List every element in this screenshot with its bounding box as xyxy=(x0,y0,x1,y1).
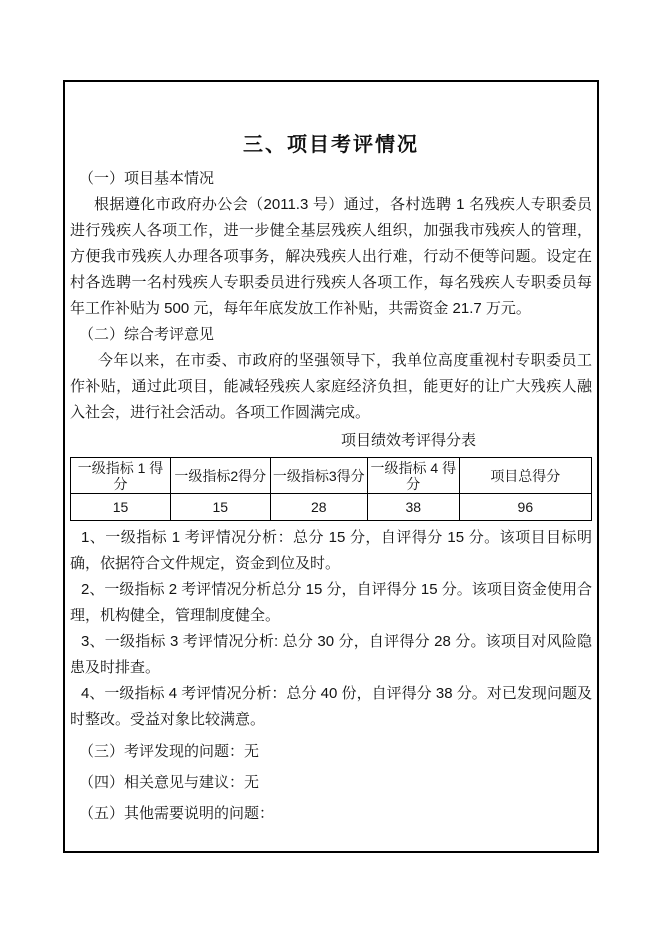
document-page: 三、项目考评情况 （一）项目基本情况 根据遵化市政府办公会（2011.3 号）通… xyxy=(0,0,662,936)
score-table-header-cell: 一级指标3得分 xyxy=(270,458,367,494)
analysis-item-3: 3、一级指标 3 考评情况分析: 总分 30 分，自评得分 28 分。该项目对风… xyxy=(70,629,592,681)
score-table-value-row: 15 15 28 38 96 xyxy=(71,494,592,521)
section-3-line: （三）考评发现的问题：无 xyxy=(70,739,592,765)
score-table-header-cell: 一级指标 1 得分 xyxy=(71,458,171,494)
section-4-line: （四）相关意见与建议：无 xyxy=(70,770,592,796)
document-title: 三、项目考评情况 xyxy=(70,132,592,158)
score-table-header-row: 一级指标 1 得分 一级指标2得分 一级指标3得分 一级指标 4 得分 项目总得… xyxy=(71,458,592,494)
section-2-paragraph: 今年以来，在市委、市政府的坚强领导下，我单位高度重视村专职委员工作补贴，通过此项… xyxy=(70,348,592,426)
section-1-heading: （一）项目基本情况 xyxy=(70,166,592,192)
score-table-value-cell: 96 xyxy=(459,494,591,521)
analysis-item-1: 1、一级指标 1 考评情况分析：总分 15 分，自评得分 15 分。该项目目标明… xyxy=(70,525,592,577)
analysis-item-2: 2、一级指标 2 考评情况分析总分 15 分，自评得分 15 分。该项目资金使用… xyxy=(70,577,592,629)
score-table-header-cell: 项目总得分 xyxy=(459,458,591,494)
score-table-value-cell: 38 xyxy=(367,494,459,521)
analysis-item-4: 4、一级指标 4 考评情况分析：总分 40 份，自评得分 38 分。对已发现问题… xyxy=(70,681,592,733)
score-table-header-cell: 一级指标2得分 xyxy=(171,458,271,494)
section-2-heading: （二）综合考评意见 xyxy=(70,322,592,348)
score-table-header-cell: 一级指标 4 得分 xyxy=(367,458,459,494)
section-5-line: （五）其他需要说明的问题： xyxy=(70,801,592,827)
score-table-value-cell: 15 xyxy=(171,494,271,521)
score-table-value-cell: 28 xyxy=(270,494,367,521)
section-1-paragraph: 根据遵化市政府办公会（2011.3 号）通过，各村选聘 1 名残疾人专职委员进行… xyxy=(70,192,592,322)
document-border-frame: 三、项目考评情况 （一）项目基本情况 根据遵化市政府办公会（2011.3 号）通… xyxy=(63,80,599,853)
score-table-value-cell: 15 xyxy=(71,494,171,521)
score-table-title: 项目绩效考评得分表 xyxy=(70,428,592,454)
score-table: 一级指标 1 得分 一级指标2得分 一级指标3得分 一级指标 4 得分 项目总得… xyxy=(70,457,592,521)
